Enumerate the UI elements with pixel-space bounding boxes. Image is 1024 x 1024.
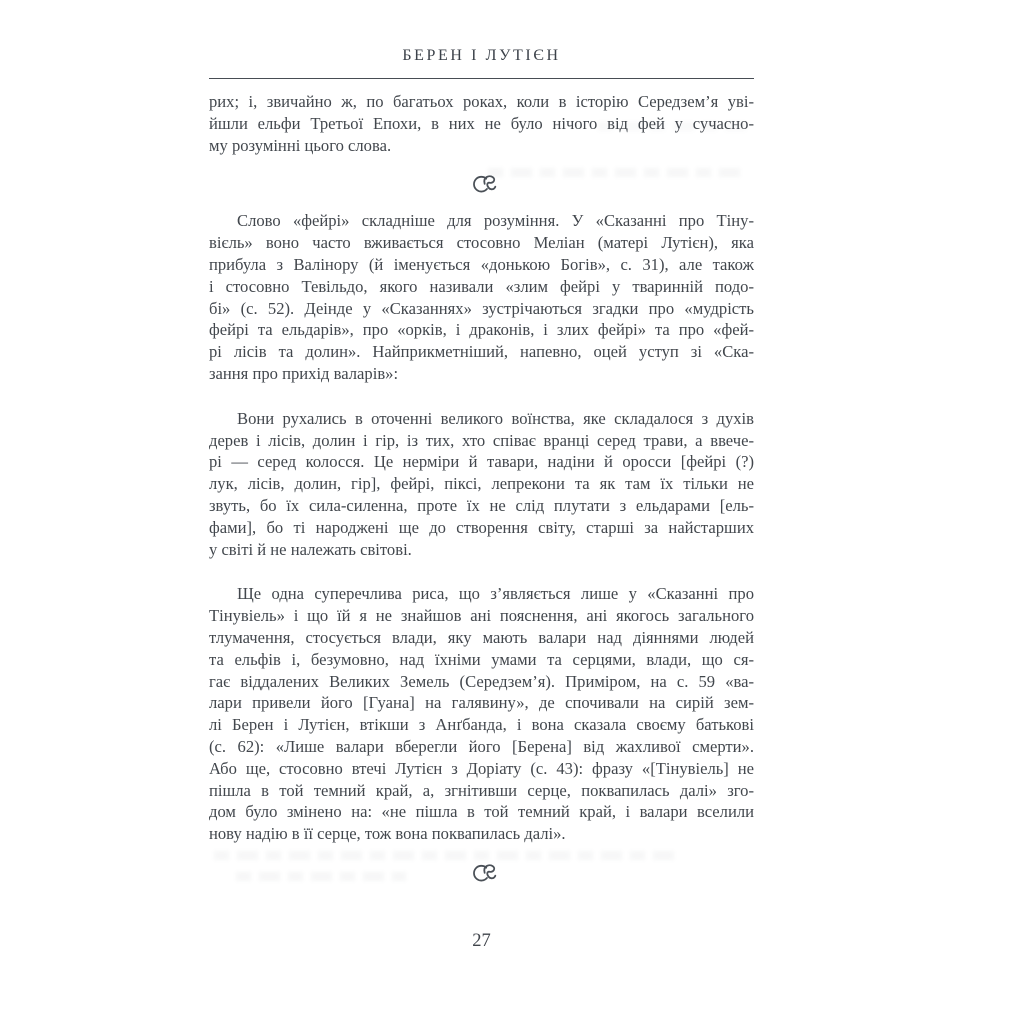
text-line: та ельфів і, безумовно, над їхніми умами… [209,649,754,671]
header-rule [209,78,754,79]
text-line: Або ще, стосовно втечі Лутієн з Доріату … [209,758,754,780]
text-line: рі лісів та долин». Найприкметніший, нап… [209,341,754,363]
text-line: рих; і, звичайно ж, по багатьох роках, к… [209,91,754,113]
text-column: БЕРЕН І ЛУТІЄН рих; і, звичайно ж, по ба… [209,46,754,899]
text-line: Тінувіель» і що їй я не знайшов ані пояс… [209,605,754,627]
page-body: рих; і, звичайно ж, по багатьох роках, к… [209,91,754,883]
text-line: му розумінні цього слова. [209,135,754,157]
text-line: рі — серед колосся. Це нерміри й тавари,… [209,451,754,473]
text-line: тлумачення, стосується влади, яку мають … [209,627,754,649]
text-line: фами], бо ті народжені ще до створення с… [209,517,754,539]
text-line: Слово «фейрі» складніше для розуміння. У… [209,210,754,232]
book-page: БЕРЕН І ЛУТІЄН рих; і, звичайно ж, по ба… [0,0,1024,1024]
text-line: вієль» воно часто вживається стосовно Ме… [209,232,754,254]
page-number: 27 [209,931,754,952]
running-header: БЕРЕН І ЛУТІЄН [209,46,754,66]
text-line: прибула з Валінору (й іменується «донько… [209,254,754,276]
text-line: лари привели його [Гуана] на галявину», … [209,692,754,714]
blockquote: Вони рухались в оточенні великого воїнст… [209,408,754,561]
text-line: дом було змінено на: «не пішла в той тем… [209,801,754,823]
text-line: лі Берен і Лутієн, втікши з Анґбанда, і … [209,714,754,736]
section-divider-ornament [466,863,498,883]
paragraph-continuation: рих; і, звичайно ж, по багатьох роках, к… [209,91,754,156]
text-line: Вони рухались в оточенні великого воїнст… [209,408,754,430]
paragraph: Ще одна суперечлива риса, що з’являється… [209,583,754,845]
text-line: бі» (с. 52). Деінде у «Сказаннях» зустрі… [209,298,754,320]
text-line: йшли ельфи Третьої Епохи, в них не було … [209,113,754,135]
text-line: гає віддалених Великих Земель (Середзем’… [209,671,754,693]
text-line: (с. 62): «Лише валари вберегли його [Бер… [209,736,754,758]
text-line: нову надію в її серце, тож вона поквапил… [209,823,754,845]
text-line: пішла в той темний край, а, згнітивши се… [209,780,754,802]
text-line: у світі й не належать світові. [209,539,754,561]
text-line: дерев і лісів, долин і гір, із тих, хто … [209,430,754,452]
text-line: Ще одна суперечлива риса, що з’являється… [209,583,754,605]
section-divider-ornament [466,174,498,194]
text-line: звуть, бо їх сила-силенна, проте їх не с… [209,495,754,517]
text-line: лук, лісів, долин, гір], фейрі, піксі, л… [209,473,754,495]
text-line: і стосовно Тевільдо, якого називали «зли… [209,276,754,298]
text-line: зання про прихід валарів»: [209,363,754,385]
text-line: фейрі та ельдарів», про «орків, і дракон… [209,319,754,341]
paragraph: Слово «фейрі» складніше для розуміння. У… [209,210,754,384]
